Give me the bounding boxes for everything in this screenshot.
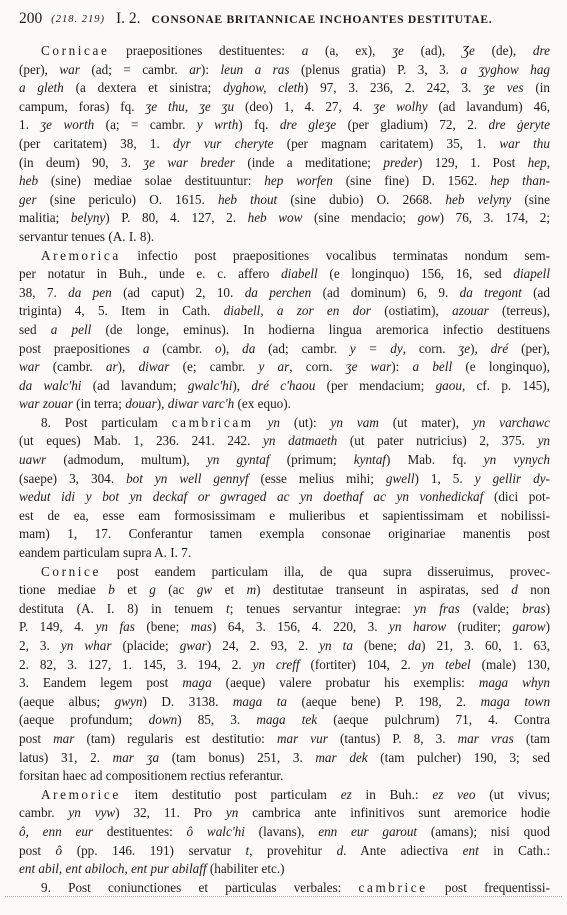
celtic-term: dyr vur cheryte xyxy=(173,136,273,151)
text-line: malitia; belyny) P. 80, 4. 127, 2. heb w… xyxy=(19,209,550,228)
celtic-term: hep, xyxy=(528,155,550,170)
text-segment: , corn. xyxy=(289,359,345,374)
text-line: (saepe) 3, 304. bot yn well gennyf (esse… xyxy=(19,470,550,489)
celtic-term: mar ʒa xyxy=(113,750,159,765)
paragraph: Cornicae praepositiones destituentes: a … xyxy=(19,42,550,247)
celtic-term: b xyxy=(108,582,115,597)
text-segment: (ad; = cambr. xyxy=(80,62,189,77)
text-segment: (tantus) P. 8, 3. xyxy=(328,731,458,746)
celtic-term: a gleth xyxy=(19,80,64,95)
celtic-term: diabell xyxy=(281,266,318,281)
celtic-term: yn xyxy=(226,805,238,820)
text-line: per notatur in Buh., unde e. c. affero d… xyxy=(19,265,550,284)
text-segment: , provehitur xyxy=(249,843,336,858)
text-segment: ) 32, 11. Pro xyxy=(115,805,226,820)
text-segment: et xyxy=(212,582,246,597)
celtic-term: y = dy xyxy=(350,341,403,356)
text-line: Cornice post eandem particulam illa, de … xyxy=(19,563,550,582)
text-segment: (ad; cambr. xyxy=(255,341,350,356)
text-segment: . Ante adiectiva xyxy=(343,843,462,858)
text-line: cambr. yn vyw) 32, 11. Pro yn cambrica a… xyxy=(19,804,550,823)
spaced-keyword: cambricam xyxy=(172,415,254,430)
text-line: uawr (admodum, multum), yn gyntaf (primu… xyxy=(19,451,550,470)
text-segment: (a dextera et sinistra; xyxy=(64,80,223,95)
text-segment: ) 1, 5. xyxy=(415,471,475,486)
text-segment: post xyxy=(19,843,56,858)
celtic-term: ar xyxy=(189,62,201,77)
text-segment: est de ea, esse eam formosissimam e muli… xyxy=(19,508,550,523)
text-segment: ), xyxy=(157,396,168,411)
celtic-term: ʒe xyxy=(458,341,470,356)
text-segment: destituentes: xyxy=(93,824,186,839)
text-line: post praepositiones a (cambr. o), da (ad… xyxy=(19,340,550,359)
text-line: ent abil, ent abiloch, ent pur abilaff (… xyxy=(19,860,550,879)
celtic-term: hep than- xyxy=(490,173,550,188)
text-line: ô, enn eur destituentes: ô walc'hi (lava… xyxy=(19,823,550,842)
text-segment: (sine fine) D. 1562. xyxy=(333,173,490,188)
text-segment: ): xyxy=(391,359,412,374)
celtic-term: d xyxy=(511,582,518,597)
text-segment: (ac xyxy=(156,582,197,597)
celtic-term: wedut idi y bot yn deckaf or gwraged ac … xyxy=(19,489,483,504)
text-segment: ) 85, 3. xyxy=(177,712,256,727)
text-segment: (cambr. xyxy=(40,359,106,374)
text-segment: (e; cambr. xyxy=(169,359,258,374)
text-line: ger (sine periculo) O. 1615. heb thout (… xyxy=(19,191,550,210)
celtic-term: war zouar xyxy=(19,396,73,411)
text-segment: (sine dubio) O. 2668. xyxy=(277,192,445,207)
text-segment: (per), xyxy=(19,62,59,77)
celtic-term: kyntaf xyxy=(354,452,386,467)
text-segment: (in xyxy=(524,80,550,95)
text-line: 1. ʒe worth (a; = cambr. y wrth) fq. dre… xyxy=(19,116,550,135)
celtic-term: yn datmaeth xyxy=(263,433,337,448)
text-segment: (sine periculo) O. 1615. xyxy=(37,192,218,207)
text-line: est de ea, esse eam formosissimam e muli… xyxy=(19,507,550,526)
text-segment: (ut mater), xyxy=(379,415,473,430)
celtic-term: douar xyxy=(125,396,157,411)
text-segment: (terreus), xyxy=(489,303,550,318)
text-segment: (ex equo). xyxy=(234,396,291,411)
celtic-term: belyny xyxy=(71,210,105,225)
text-segment: (male) 130, xyxy=(471,657,550,672)
celtic-term: y wrth xyxy=(197,117,238,132)
text-line: mam) 1, 17. Conferantur tamen exempla co… xyxy=(19,525,550,544)
text-segment: (sine) mediae solae destituuntur: xyxy=(38,173,264,188)
celtic-term: yn gyntaf xyxy=(207,452,270,467)
celtic-term: ô, enn eur xyxy=(19,824,93,839)
celtic-term: diwar xyxy=(139,359,170,374)
text-line: triginta) 4, 5. Item in Cath. diabell, a… xyxy=(19,302,550,321)
text-line: (per), war (ad; = cambr. ar): leun a ras… xyxy=(19,61,550,80)
text-segment: malitia; xyxy=(19,210,71,225)
text-segment: (ruditer; xyxy=(446,619,512,634)
book-page: 200 (218. 219) I. 2. CONSONAE BRITANNICA… xyxy=(0,0,567,897)
celtic-term: ʒe thu, ʒe ʒu xyxy=(145,99,234,114)
text-segment: ) xyxy=(546,619,550,634)
celtic-term: dyghow, cleth xyxy=(223,80,304,95)
celtic-term: m xyxy=(247,582,257,597)
text-line: 38, 7. da pen (ad caput) 2, 10. da perch… xyxy=(19,284,550,303)
text-segment: servantur tenues (A. I. 8). xyxy=(19,229,154,244)
text-line: heb (sine) mediae solae destituuntur: he… xyxy=(19,172,550,191)
celtic-term: ger xyxy=(19,192,37,207)
text-segment: (per magnam caritatem) 35, 1. xyxy=(273,136,499,151)
spaced-keyword: Cornice xyxy=(41,564,101,579)
text-segment: (per mendacium; xyxy=(315,378,435,393)
text-line: Aremorica infectio post praepositiones v… xyxy=(19,247,550,266)
text-segment: (dici pot- xyxy=(483,489,550,504)
celtic-term: garow xyxy=(512,619,545,634)
text-line: war (cambr. ar), diwar (e; cambr. y ar, … xyxy=(19,358,550,377)
text-segment: post praepositiones xyxy=(19,341,143,356)
text-segment: ) 64, 3. 156, 4. 220, 3. xyxy=(212,619,389,634)
text-line: a gleth (a dextera et sinistra; dyghow, … xyxy=(19,79,550,98)
text-segment: (amans); nisi quod xyxy=(417,824,550,839)
text-segment: campum, foras) fq. xyxy=(19,99,145,114)
celtic-term: da walc'hi xyxy=(19,378,81,393)
celtic-term: azouar xyxy=(452,303,489,318)
text-segment: post xyxy=(19,731,53,746)
text-line: (in deum) 90, 3. ʒe war breder (inde a m… xyxy=(19,154,550,173)
celtic-term: y gellir dy- xyxy=(475,471,550,486)
celtic-term: war xyxy=(19,359,40,374)
running-header: 200 (218. 219) I. 2. CONSONAE BRITANNICA… xyxy=(19,10,550,28)
celtic-term: da tregont xyxy=(460,285,522,300)
celtic-term: yn tebel xyxy=(422,657,471,672)
paragraph: Aremorice item destitutio post particula… xyxy=(19,786,550,879)
celtic-term: ent abil, ent abiloch, ent pur abilaff xyxy=(19,861,207,876)
celtic-term: yn fras xyxy=(414,601,460,616)
text-line: eandem particulam supra A. I. 7. xyxy=(19,544,550,563)
text-segment: (ut): xyxy=(280,415,331,430)
text-segment: ) 21, 3. 60, 1. 63, xyxy=(421,638,550,653)
text-segment: (sine mendacio; xyxy=(302,210,417,225)
text-segment: (pp. 146. 191) servatur xyxy=(62,843,245,858)
text-segment: ) 76, 3. 174, 2; xyxy=(440,210,550,225)
celtic-term: diapell xyxy=(513,266,550,281)
page-number: 200 xyxy=(19,10,42,28)
celtic-term: y ar xyxy=(258,359,289,374)
text-segment: (aeque) valere probatur his exemplis: xyxy=(212,675,479,690)
celtic-term: Ʒe xyxy=(462,43,475,58)
text-segment: (ad), xyxy=(404,43,462,58)
text-segment: (aeque albus; xyxy=(19,694,115,709)
celtic-term: ʒe worth xyxy=(40,117,94,132)
celtic-term: war xyxy=(59,62,80,77)
text-line: destituta (A. I. 8) in tenuem t; tenues … xyxy=(19,600,550,619)
text-segment: (ut eques) Mab. 1, 236. 241. 242. xyxy=(19,433,263,448)
text-segment xyxy=(254,415,268,430)
paragraph: 9. Post coniunctiones et particulas verb… xyxy=(19,879,550,898)
celtic-term: yn vam xyxy=(331,415,379,430)
celtic-term: mar dek xyxy=(315,750,367,765)
celtic-term: gwalc'hi xyxy=(188,378,233,393)
text-line: war zouar (in terra; douar), diwar varc'… xyxy=(19,395,550,414)
paragraph: 8. Post particulam cambricam yn (ut): yn… xyxy=(19,414,550,563)
text-segment: (per), xyxy=(508,341,550,356)
text-line: 9. Post coniunctiones et particulas verb… xyxy=(19,879,550,898)
celtic-term: heb thout xyxy=(218,192,277,207)
text-segment: triginta) 4, 5. Item in Cath. xyxy=(19,303,224,318)
section-number: I. 2. xyxy=(116,10,141,28)
text-segment: (primum; xyxy=(270,452,354,467)
celtic-term: a pell xyxy=(51,322,92,337)
celtic-term: maga tek xyxy=(256,712,317,727)
text-segment: (ad lavandum; xyxy=(81,378,187,393)
text-segment: 8. Post particulam xyxy=(41,415,172,430)
text-line: Aremorice item destitutio post particula… xyxy=(19,786,550,805)
text-segment: , corn. xyxy=(403,341,459,356)
text-segment: (ut vivus; xyxy=(476,787,551,802)
celtic-term: maga ta xyxy=(233,694,287,709)
text-segment: (tam) regularis est destitutio: xyxy=(74,731,277,746)
text-segment: (bene; xyxy=(353,638,408,653)
celtic-term: ʒe war xyxy=(346,359,391,374)
celtic-term: mar xyxy=(53,731,74,746)
celtic-term: war thu xyxy=(499,136,550,151)
celtic-term: da xyxy=(408,638,421,653)
text-segment: in Cath.: xyxy=(479,843,550,858)
text-segment: mam) 1, 17. Conferantur tamen exempla co… xyxy=(19,526,550,541)
text-line: latus) 31, 2. mar ʒa (tam bonus) 251, 3.… xyxy=(19,749,550,768)
paragraphs: Cornicae praepositiones destituentes: a … xyxy=(19,42,550,897)
text-segment: (fortiter) 104, 2. xyxy=(300,657,422,672)
folio-reference: (218. 219) xyxy=(51,14,105,25)
text-segment: ) destitutae transeunt in aspiratas, sed xyxy=(256,582,511,597)
celtic-term: heb velyny xyxy=(445,192,511,207)
text-segment: forsitan haec ad compositionem rectius r… xyxy=(19,768,283,783)
text-segment: 3. Eandem legem post xyxy=(19,675,182,690)
celtic-term: ez veo xyxy=(432,787,475,802)
text-line: sed a pell (de longe, eminus). In hodier… xyxy=(19,321,550,340)
text-line: 2, 3. yn whar (placide; gwar) 24, 2. 93,… xyxy=(19,637,550,656)
text-segment: (lavans), xyxy=(245,824,318,839)
celtic-term: o xyxy=(215,341,222,356)
celtic-term: yn vyw xyxy=(68,805,115,820)
spaced-keyword: Cornicae xyxy=(41,43,109,58)
text-segment: ), xyxy=(222,341,243,356)
celtic-term: heb wow xyxy=(248,210,303,225)
text-line: 8. Post particulam cambricam yn (ut): yn… xyxy=(19,414,550,433)
text-segment: 9. Post coniunctiones et particulas verb… xyxy=(41,880,359,895)
text-segment: praepositiones destituentes: xyxy=(109,43,301,58)
text-line: 2. 82, 3. 127, 1. 145, 3. 194, 2. yn cre… xyxy=(19,656,550,675)
celtic-term: yn creff xyxy=(253,657,300,672)
celtic-term: mar vras xyxy=(458,731,514,746)
celtic-term: enn eur garout xyxy=(318,824,417,839)
spaced-keyword: Aremorica xyxy=(41,248,121,263)
text-line: Cornicae praepositiones destituentes: a … xyxy=(19,42,550,61)
text-segment: ) P. 80, 4. 127, 2. xyxy=(105,210,247,225)
celtic-term: maga xyxy=(182,675,211,690)
celtic-term: ʒe xyxy=(392,43,404,58)
text-line: servantur tenues (A. I. 8). xyxy=(19,228,550,247)
celtic-term: ʒe wolhy xyxy=(374,99,428,114)
text-segment: item destitutio post particulam xyxy=(121,787,341,802)
text-line: (ut eques) Mab. 1, 236. 241. 242. yn dat… xyxy=(19,432,550,451)
text-line: campum, foras) fq. ʒe thu, ʒe ʒu (deo) 1… xyxy=(19,98,550,117)
text-segment: in Buh.: xyxy=(352,787,433,802)
text-segment: (per caritatem) 38, 1. xyxy=(19,136,173,151)
text-segment: (aeque pulchrum) 71, 4. Contra xyxy=(317,712,550,727)
text-line: wedut idi y bot yn deckaf or gwraged ac … xyxy=(19,488,550,507)
celtic-term: a bell xyxy=(413,359,453,374)
scan-bottom-rule xyxy=(5,896,562,897)
text-segment: (aeque profundum; xyxy=(19,712,149,727)
celtic-term: dre gleʒe xyxy=(280,117,336,132)
celtic-term: yn fas xyxy=(96,619,135,634)
text-segment: sed xyxy=(19,322,51,337)
text-line: 3. Eandem legem post maga (aeque) valere… xyxy=(19,674,550,693)
text-segment: (e longinquo) 156, 16, sed xyxy=(318,266,514,281)
text-line: (per caritatem) 38, 1. dyr vur cheryte (… xyxy=(19,135,550,154)
spaced-keyword: Aremorice xyxy=(41,787,121,802)
text-segment: destituta (A. I. 8) in tenuem xyxy=(19,601,226,616)
text-segment: ) 97, 3. 236, 2. 242, 3. xyxy=(304,80,483,95)
celtic-term: yn xyxy=(268,415,280,430)
celtic-term: ʒe war breder xyxy=(143,155,235,170)
celtic-term: down xyxy=(149,712,178,727)
celtic-term: dre xyxy=(533,43,550,58)
celtic-term: gaou xyxy=(436,378,462,393)
text-segment: ) 129, 1. Post xyxy=(418,155,528,170)
celtic-term: diwar varc'h xyxy=(168,396,234,411)
celtic-term: ʒe ves xyxy=(483,80,523,95)
text-segment: (plenus gratia) P. 3, 3. xyxy=(290,62,461,77)
text-segment: (ut pater nutricius) 2, 375. xyxy=(337,433,537,448)
celtic-term: maga town xyxy=(481,694,550,709)
text-segment: ) 24, 2. 93, 2. xyxy=(207,638,319,653)
text-segment: (saepe) 3, 304. xyxy=(19,471,126,486)
text-segment: ), xyxy=(118,359,139,374)
text-line: da walc'hi (ad lavandum; gwalc'hi), dré … xyxy=(19,377,550,396)
running-title: CONSONAE BRITANNICAE INCHOANTES DESTITUT… xyxy=(152,13,493,26)
text-segment: (de longe, eminus). In hodierna lingua a… xyxy=(91,322,550,337)
text-segment: post eandem particulam illa, de qua supr… xyxy=(101,564,550,579)
text-line: forsitan haec ad compositionem rectius r… xyxy=(19,767,550,786)
text-segment: eandem particulam supra A. I. 7. xyxy=(19,545,191,560)
text-segment: 2, 3. xyxy=(19,638,61,653)
celtic-term: gwyn xyxy=(115,694,143,709)
celtic-term: yn xyxy=(538,433,550,448)
celtic-term: yn ta xyxy=(319,638,353,653)
text-segment: (esse melius mihi; xyxy=(249,471,386,486)
text-segment: ) fq. xyxy=(238,117,280,132)
celtic-term: bot yn well gennyf xyxy=(126,471,248,486)
celtic-term: gw xyxy=(197,582,212,597)
text-segment: (aeque bene) P. 198, 2. xyxy=(287,694,481,709)
text-segment: (tam bonus) 251, 3. xyxy=(159,750,315,765)
text-segment: ) D. 3138. xyxy=(143,694,233,709)
celtic-term: mas xyxy=(191,619,212,634)
celtic-term: dré c'haou xyxy=(251,378,315,393)
text-line: P. 149, 4. yn fas (bene; mas) 64, 3. 156… xyxy=(19,618,550,637)
celtic-term: diabell, a zor en dor xyxy=(224,303,371,318)
text-segment: (e longinquo), xyxy=(452,359,550,374)
text-segment: cambrica ante infinitivos sunt aremorice… xyxy=(238,805,550,820)
text-segment: (a, ex), xyxy=(308,43,392,58)
spaced-keyword: cambrice xyxy=(359,880,428,895)
text-line: post mar (tam) regularis est destitutio:… xyxy=(19,730,550,749)
text-segment: post frequentissi- xyxy=(428,880,550,895)
celtic-term: da perchen xyxy=(245,285,312,300)
text-segment: (tam pulcher) 190, 3; sed xyxy=(368,750,550,765)
text-segment: ) Mab. fq. xyxy=(386,452,484,467)
celtic-term: hep worfen xyxy=(264,173,333,188)
text-segment: (placide; xyxy=(111,638,179,653)
celtic-term: gow xyxy=(418,210,440,225)
paragraph: Aremorica infectio post praepositiones v… xyxy=(19,247,550,414)
celtic-term: maga whyn xyxy=(479,675,550,690)
celtic-term: a ʒyghow hag xyxy=(460,62,550,77)
text-segment: (cambr. xyxy=(149,341,215,356)
celtic-term: dré xyxy=(491,341,509,356)
celtic-term: yn harow xyxy=(389,619,446,634)
text-segment: 2. 82, 3. 127, 1. 145, 3. 194, 2. xyxy=(19,657,253,672)
text-segment: (ad lavandum) 46, xyxy=(428,99,550,114)
celtic-term: ar xyxy=(106,359,118,374)
celtic-term: heb xyxy=(19,173,38,188)
celtic-term: yn whar xyxy=(61,638,112,653)
text-line: tione mediae b et g (ac gw et m) destitu… xyxy=(19,581,550,600)
text-segment: et xyxy=(115,582,149,597)
text-segment: (ostiatim), xyxy=(371,303,452,318)
celtic-term: dre ġeryte xyxy=(489,117,550,132)
text-segment: latus) 31, 2. xyxy=(19,750,113,765)
text-segment: (tam xyxy=(514,731,550,746)
text-segment: cambr. xyxy=(19,805,68,820)
text-segment: (per gladium) 72, 2. xyxy=(336,117,488,132)
text-segment: P. 149, 4. xyxy=(19,619,96,634)
text-segment: (ad xyxy=(522,285,550,300)
text-segment: (deo) 1, 4. 27, 4. xyxy=(234,99,373,114)
celtic-term: bras xyxy=(522,601,545,616)
text-segment: ), xyxy=(470,341,491,356)
celtic-term: yn vynych xyxy=(484,452,550,467)
text-line: (aeque profundum; down) 85, 3. maga tek … xyxy=(19,711,550,730)
text-line: (aeque albus; gwyn) D. 3138. maga ta (ae… xyxy=(19,693,550,712)
celtic-term: gwar xyxy=(180,638,207,653)
paragraph: Cornice post eandem particulam illa, de … xyxy=(19,563,550,786)
celtic-term: ez xyxy=(341,787,352,802)
celtic-term: leun a ras xyxy=(220,62,289,77)
celtic-term: uawr xyxy=(19,452,46,467)
text-segment: non xyxy=(518,582,550,597)
text-line: post ô (pp. 146. 191) servatur t, proveh… xyxy=(19,842,550,861)
text-segment: (inde a meditatione; xyxy=(235,155,383,170)
text-segment: (valde; xyxy=(460,601,522,616)
text-segment: infectio post praepositiones vocalibus t… xyxy=(121,248,550,263)
celtic-term: preder xyxy=(383,155,418,170)
text-segment: per notatur in Buh., unde e. c. affero xyxy=(19,266,281,281)
text-segment: (a; = cambr. xyxy=(94,117,197,132)
celtic-term: ô walc'hi xyxy=(187,824,245,839)
celtic-term: da pen xyxy=(68,285,112,300)
text-segment: 1. xyxy=(19,117,40,132)
celtic-term: da xyxy=(242,341,255,356)
text-segment: (sine xyxy=(511,192,550,207)
text-segment: (bene; xyxy=(135,619,191,634)
text-segment: ; tenues servantur integrae: xyxy=(230,601,414,616)
celtic-term: g xyxy=(149,582,156,597)
text-segment: ) xyxy=(546,601,550,616)
text-segment: (ad dominum) 6, 9. xyxy=(311,285,459,300)
text-segment: ), xyxy=(232,378,251,393)
text-segment: tione mediae xyxy=(19,582,108,597)
text-segment: (admodum, multum), xyxy=(46,452,207,467)
text-segment: 38, 7. xyxy=(19,285,68,300)
